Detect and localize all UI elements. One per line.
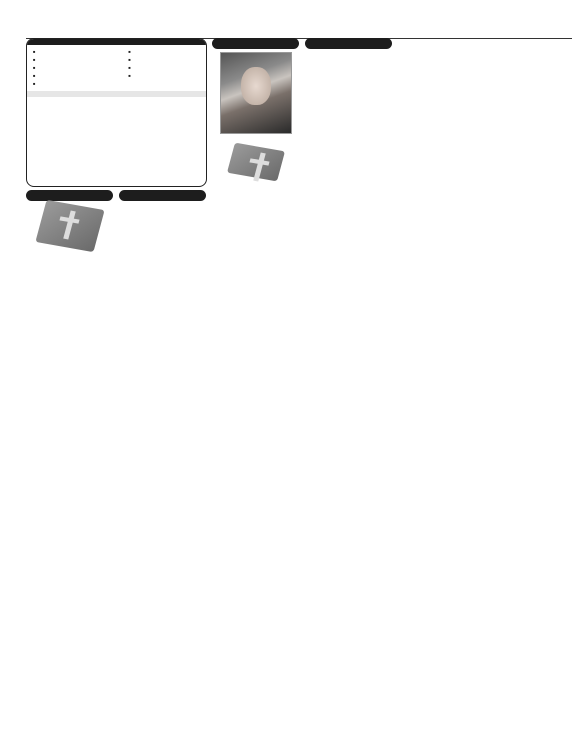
notice — [119, 221, 206, 236]
bible-icon — [41, 205, 99, 247]
notice — [119, 239, 206, 254]
column-deaths-2 — [119, 190, 206, 271]
portrait-photo — [220, 52, 292, 134]
section-header-deaths — [26, 190, 113, 201]
notice — [212, 138, 299, 143]
column-deaths-4-content — [305, 38, 392, 52]
column-deaths-3 — [212, 38, 299, 181]
section-header-deaths — [305, 38, 392, 49]
notice — [119, 203, 206, 218]
column-deaths-1 — [26, 190, 113, 251]
bible-icon — [231, 147, 281, 177]
images-note — [27, 97, 206, 100]
notice — [119, 257, 206, 267]
section-header-deaths — [119, 190, 206, 201]
section-header-deaths — [212, 38, 299, 49]
category-list — [27, 45, 206, 88]
family-notice-categories — [26, 38, 207, 187]
